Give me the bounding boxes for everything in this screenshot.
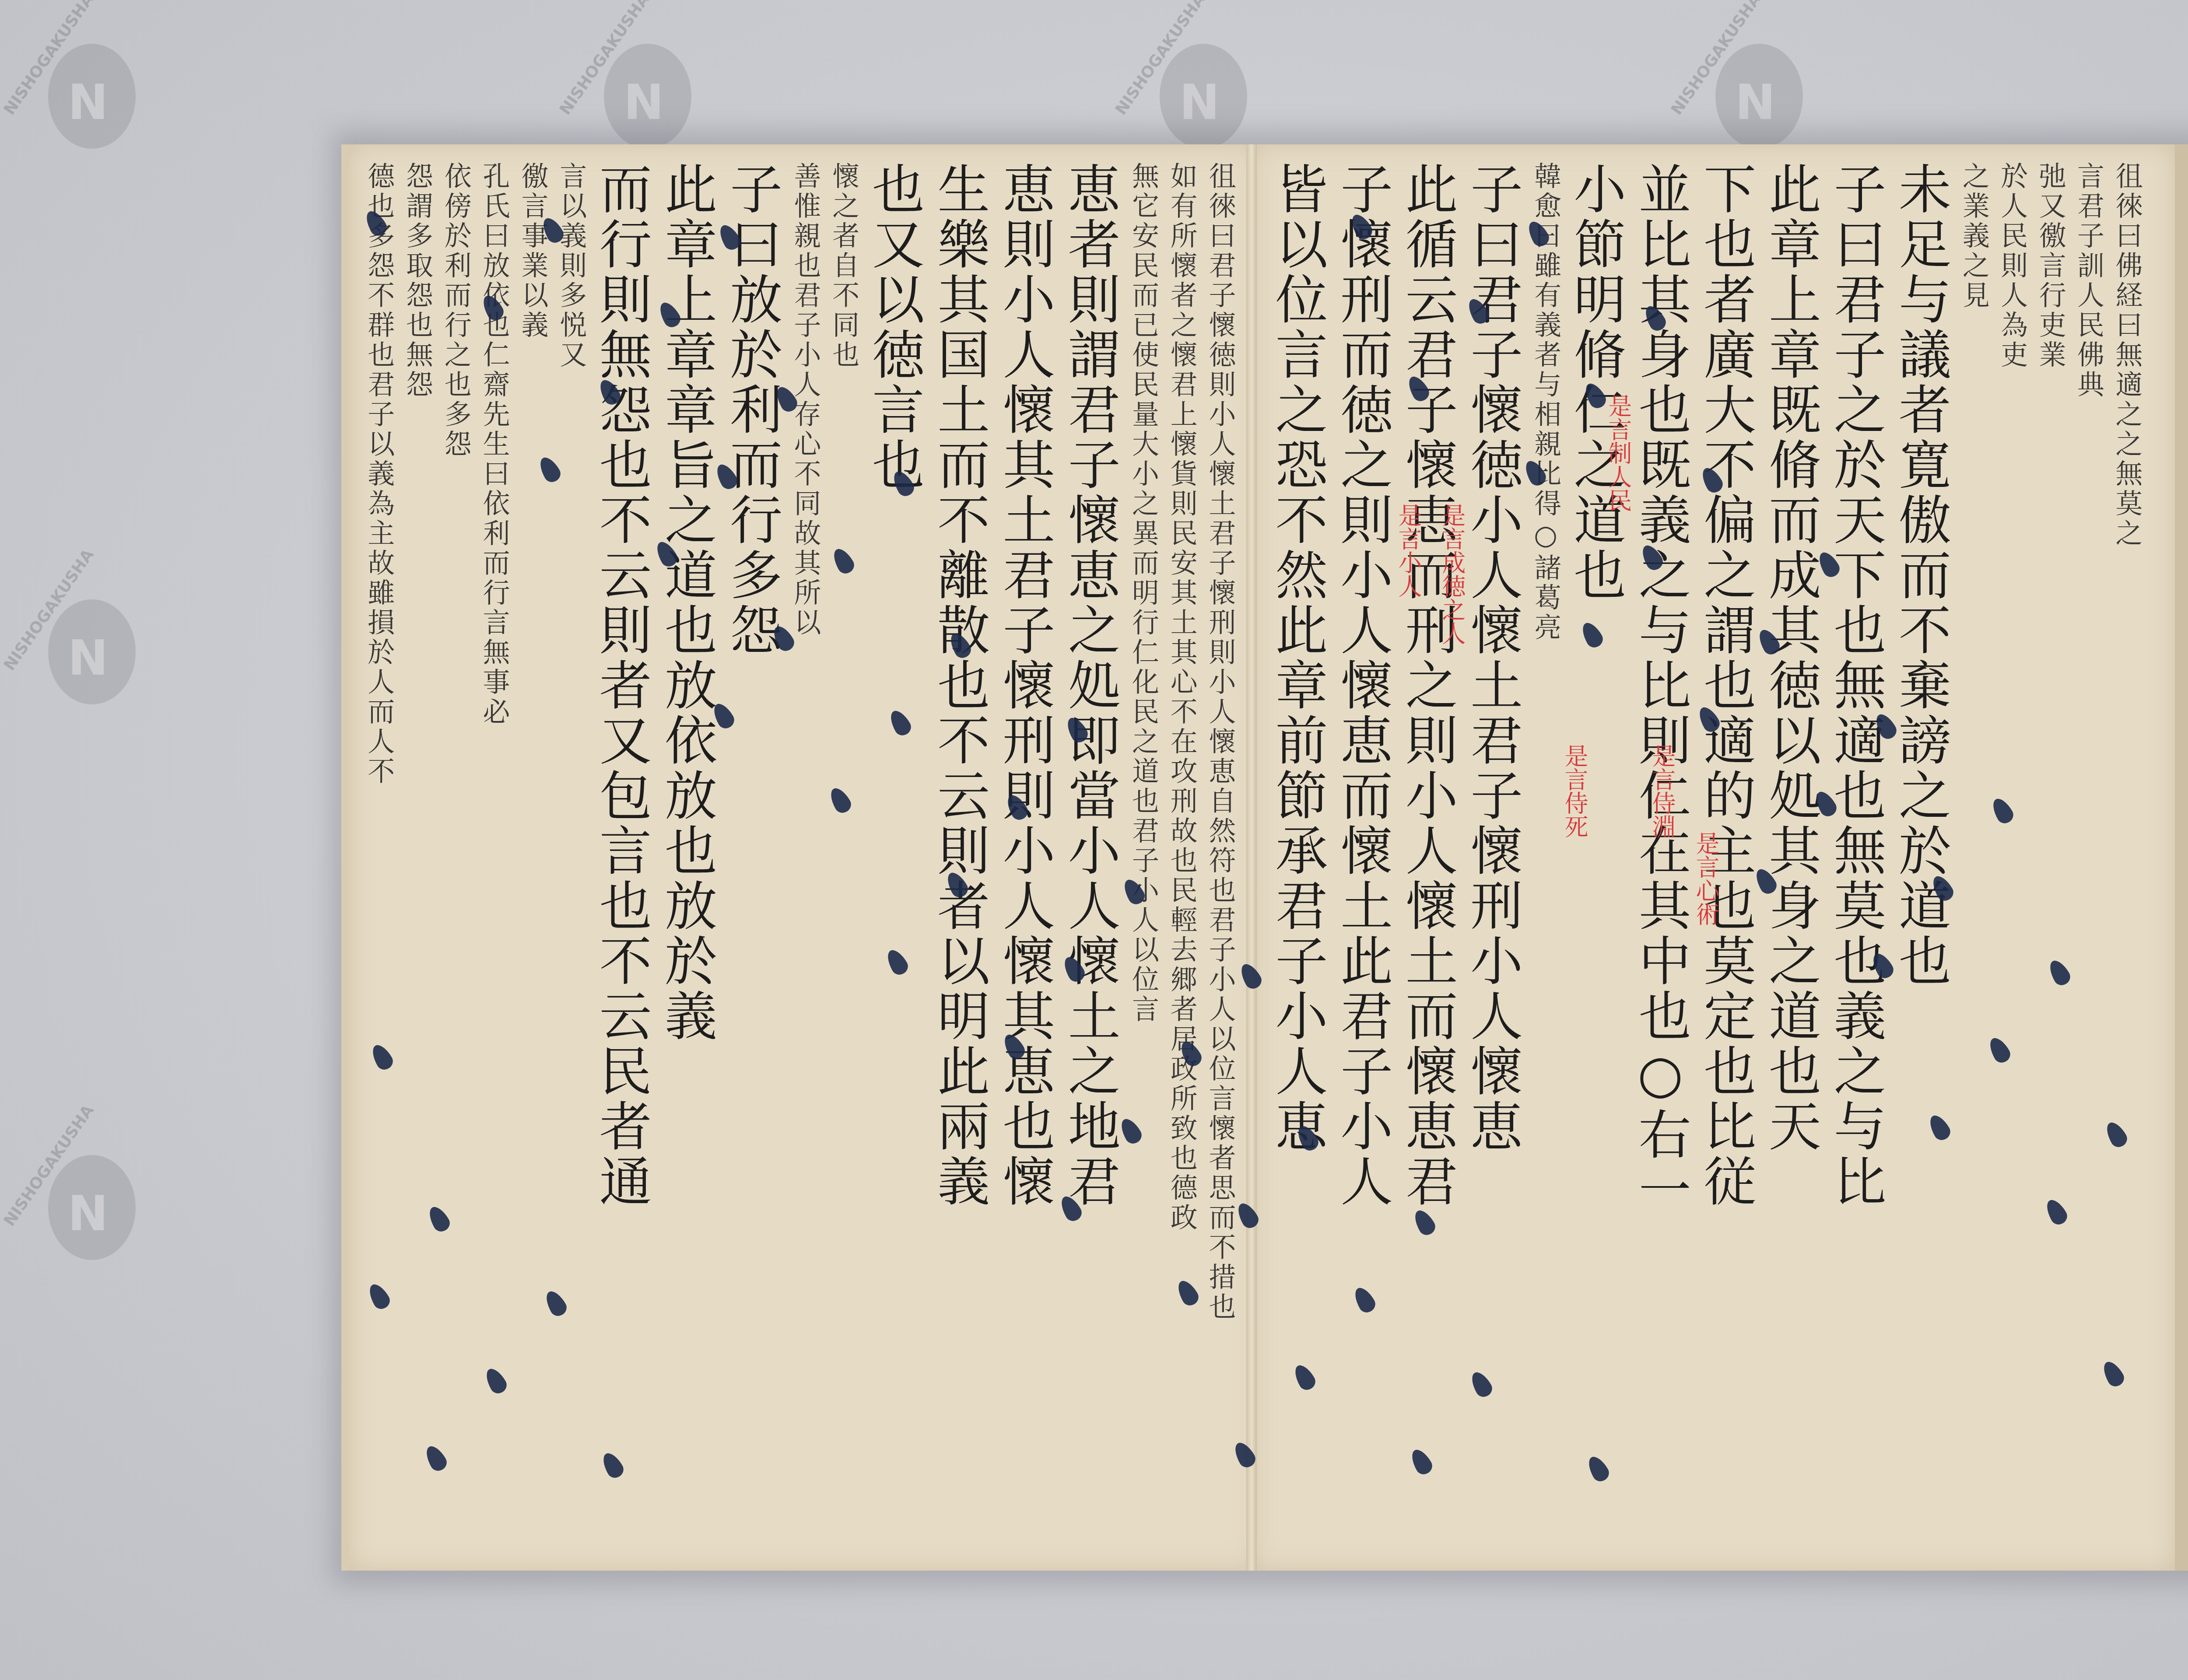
text-column: 子曰君子懷徳小人懷土君子懷刑小人懷恵 [1464,162,1529,1544]
text-column: 言君子訓人民佛典 [2072,162,2110,1544]
red-annotation: 是言侍淵 [1645,744,1679,838]
red-annotation: 是言侍死 [1558,744,1592,838]
text-column: 之業義之見 [1957,162,1995,1544]
text-column: 依傍於利而行之也多怨 [439,162,478,1544]
text-column: 而行則無怨也不云則者又包言也不云民者通 [593,162,658,1544]
text-column: 無它安民而已使民量大小之異而明行仁化民之道也君子小人以位言 [1127,162,1165,1544]
left-page-columns: 徂徠曰君子懷徳則小人懷土君子懷刑則小人懷恵自然符也君子小人以位言懷者思而不措也如… [362,162,1242,1544]
text-column: 皆以位言之恐不然此章前節承君子小人恵 [1269,162,1334,1544]
text-column: 子曰君子之於天下也無適也無莫也義之与比 [1827,162,1893,1544]
text-column: 善惟親也君子小人存心不同故其所以 [789,162,827,1544]
watermark-logo: NNISHOGAKUSHA [26,582,158,713]
watermark-n-icon: N [68,1186,108,1242]
text-column: 德也多怨不群也君子以義為主故雖損於人而人不 [362,162,401,1544]
text-column: 並比其身也既義之与比則仁在其中也○右一 [1632,162,1697,1544]
text-column: 於人民則人為吏 [1995,162,2034,1544]
text-column: 徂徠曰佛経曰無適之之無莫之 [2111,162,2149,1544]
watermark-n-icon: N [624,74,664,130]
text-column: 徼言事業以義 [516,162,554,1544]
text-column: 怨謂多取怨也無怨 [401,162,439,1544]
book-gutter [1246,144,1257,1571]
text-column: 子曰放於利而行多怨 [723,162,789,1544]
red-annotation: 是言制人民 [1602,394,1635,512]
text-column: 小節明脩仁之道也 [1567,162,1633,1544]
red-annotation: 是言心術 [1689,831,1723,926]
open-book: 徂徠曰君子懷徳則小人懷土君子懷刑則小人懷恵自然符也君子小人以位言懷者思而不措也如… [341,144,2188,1571]
text-column: 恵者則謂君子懷恵之処即當小人懷土之地君 [1061,162,1126,1544]
text-column: 孔氏曰放依也仁齋先生曰依利而行言無事必 [477,162,516,1544]
text-column: 生樂其国土而不離散也不云則者以明此兩義 [931,162,996,1544]
text-column: 徂徠曰君子懷徳則小人懷土君子懷刑則小人懷恵自然符也君子小人以位言懷者思而不措也 [1203,162,1242,1544]
text-column: 懷之者自不同也 [827,162,866,1544]
text-column: 弛又徼言行吏業 [2034,162,2072,1544]
text-column: 子懷刑而徳之則小人懷恵而懷土此君子小人 [1334,162,1399,1544]
watermark-n-icon: N [1179,74,1220,130]
watermark-n-icon: N [68,74,108,130]
text-column: 未足与議者寛傲而不棄謗之於道也 [1892,162,1957,1544]
left-page: 徂徠曰君子懷徳則小人懷土君子懷刑則小人懷恵自然符也君子小人以位言懷者思而不措也如… [341,144,1259,1571]
watermark-logo: NNISHOGAKUSHA [26,26,158,157]
text-column: 也又以徳言也 [866,162,931,1544]
watermark-logo: NNISHOGAKUSHA [26,1137,158,1269]
text-column: 如有所懷者之懷君上懷貨則民安其土其心不在攻刑故也民輕去郷者居政所致也德政 [1165,162,1203,1544]
red-annotation: 是言小人 [1392,503,1425,598]
text-column: 此章上章章旨之道也放依放也放於義 [658,162,723,1544]
watermark-n-icon: N [68,630,108,686]
text-column: 此章上章既脩而成其徳以処其身之道也天 [1762,162,1827,1544]
watermark-n-icon: N [1735,74,1775,130]
text-column: 韓愈曰雖有義者与相親比得○諸葛亮 [1529,162,1567,1544]
red-annotation: 是言成徳之人 [1435,503,1469,645]
text-column: 恵則小人懷其土君子懷刑則小人懷其恵也懷 [996,162,1061,1544]
text-column: 言以義則多悦又 [554,162,593,1544]
text-column: 此循云君子懷恵而刑之則小人懷土而懷恵君 [1399,162,1464,1544]
